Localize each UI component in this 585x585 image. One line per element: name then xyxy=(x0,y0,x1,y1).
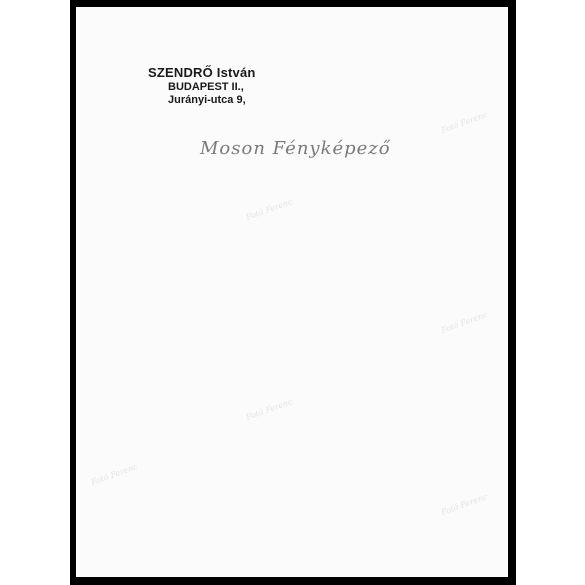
photo-back xyxy=(76,7,508,577)
photographer-stamp: SZENDRŐ István BUDAPEST II., Jurányi-utc… xyxy=(148,66,256,106)
stamp-street: Jurányi-utca 9, xyxy=(148,94,256,107)
stamp-city: BUDAPEST II., xyxy=(148,81,256,94)
handwritten-note: Moson Fényképező xyxy=(200,138,391,159)
stamp-name: SZENDRŐ István xyxy=(148,66,256,81)
